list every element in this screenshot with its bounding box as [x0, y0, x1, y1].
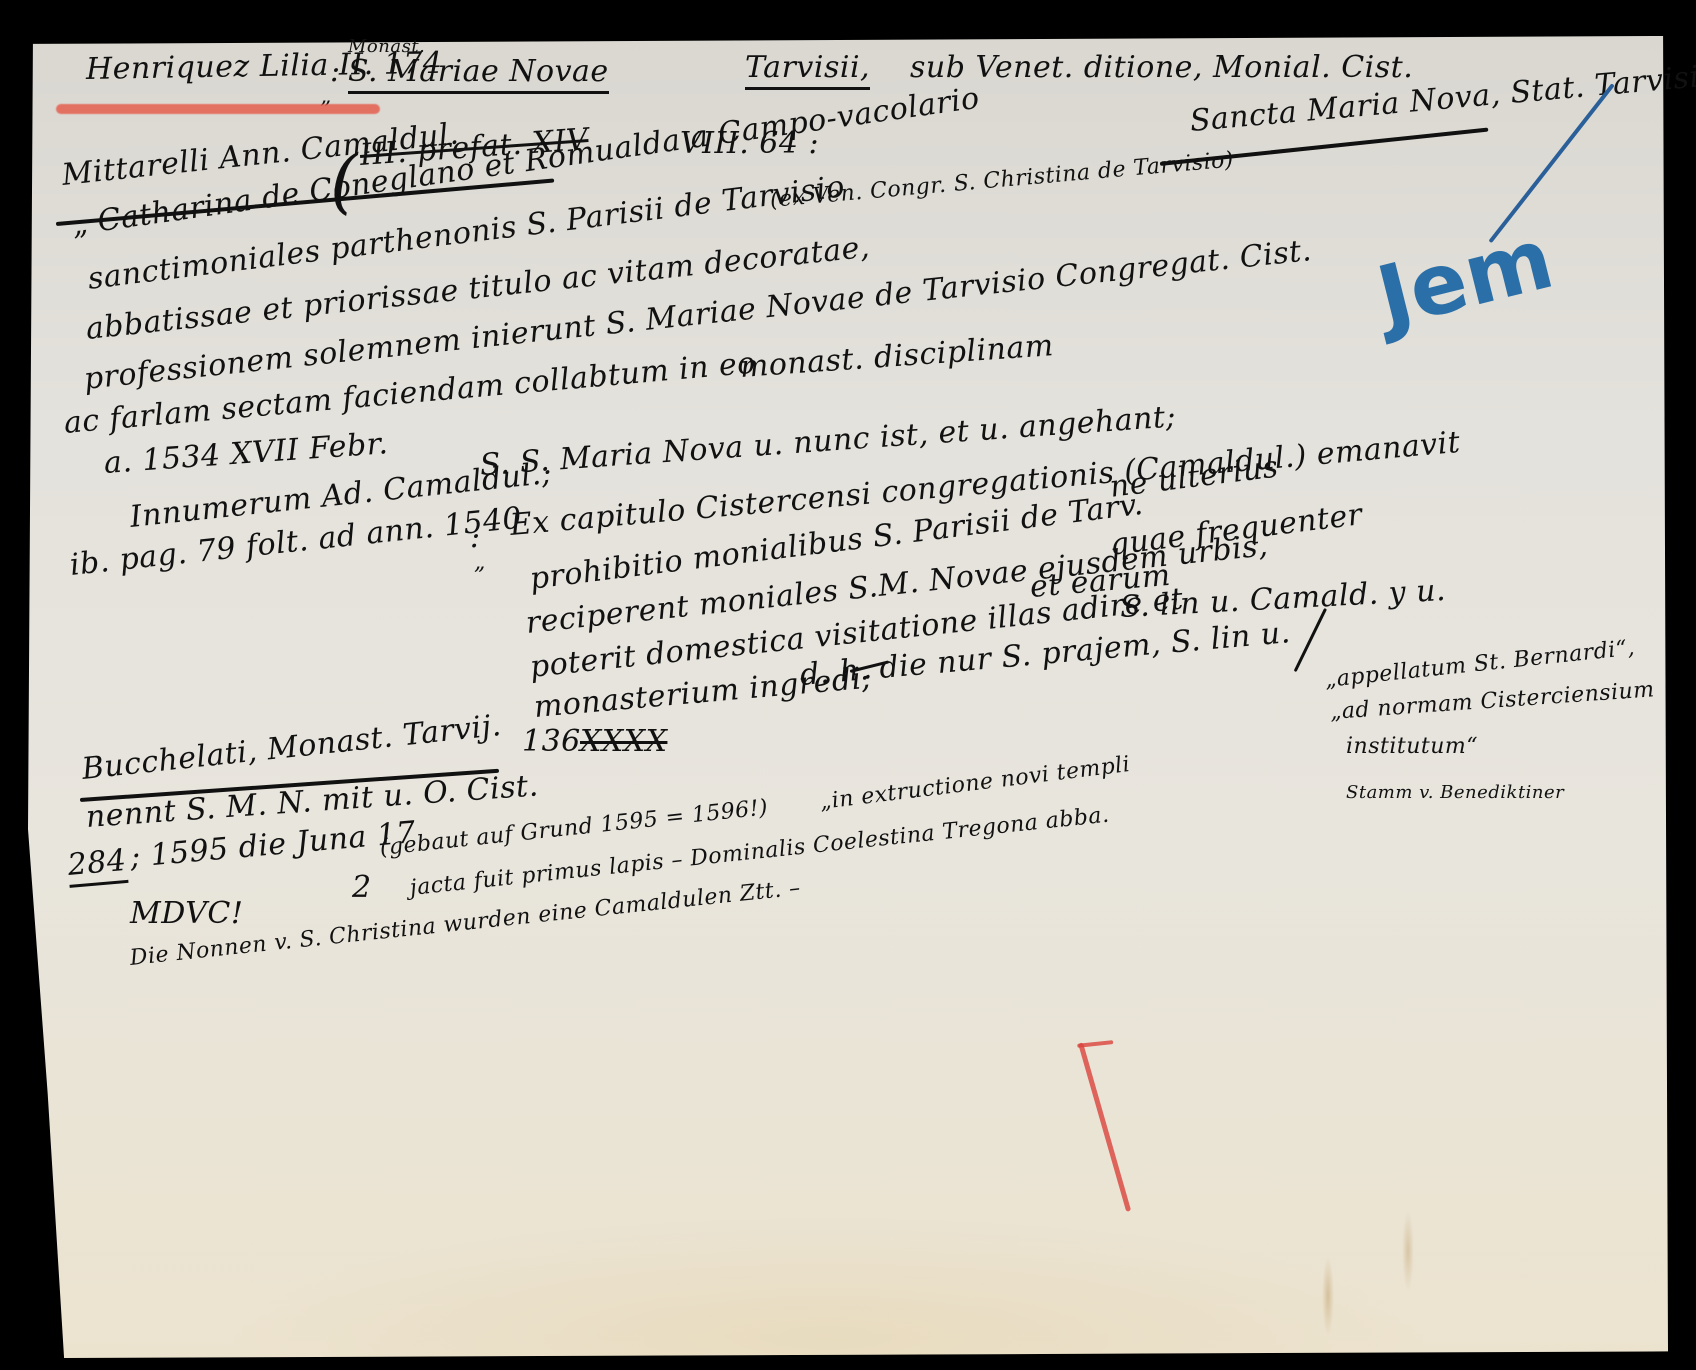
- quote-mark: „: [474, 550, 486, 575]
- page-284: 284: [66, 843, 128, 888]
- margin-note-line4: Stamm v. Benediktiner: [1346, 782, 1564, 803]
- page-136: 136: [522, 724, 581, 759]
- mdvc: MDVC!: [130, 896, 243, 931]
- fraction-2: 2: [352, 870, 372, 905]
- tarvisii: Tarvisii,: [745, 50, 870, 90]
- line1-rest: sub Venet. ditione, Monial. Cist.: [910, 50, 1413, 85]
- title-s-maria-nova: S. Mariae Novae: [348, 54, 609, 94]
- margin-note-line3: institutum“: [1346, 734, 1478, 759]
- red-crayon-underline: [56, 104, 380, 114]
- struck-number: XXXX: [580, 724, 667, 759]
